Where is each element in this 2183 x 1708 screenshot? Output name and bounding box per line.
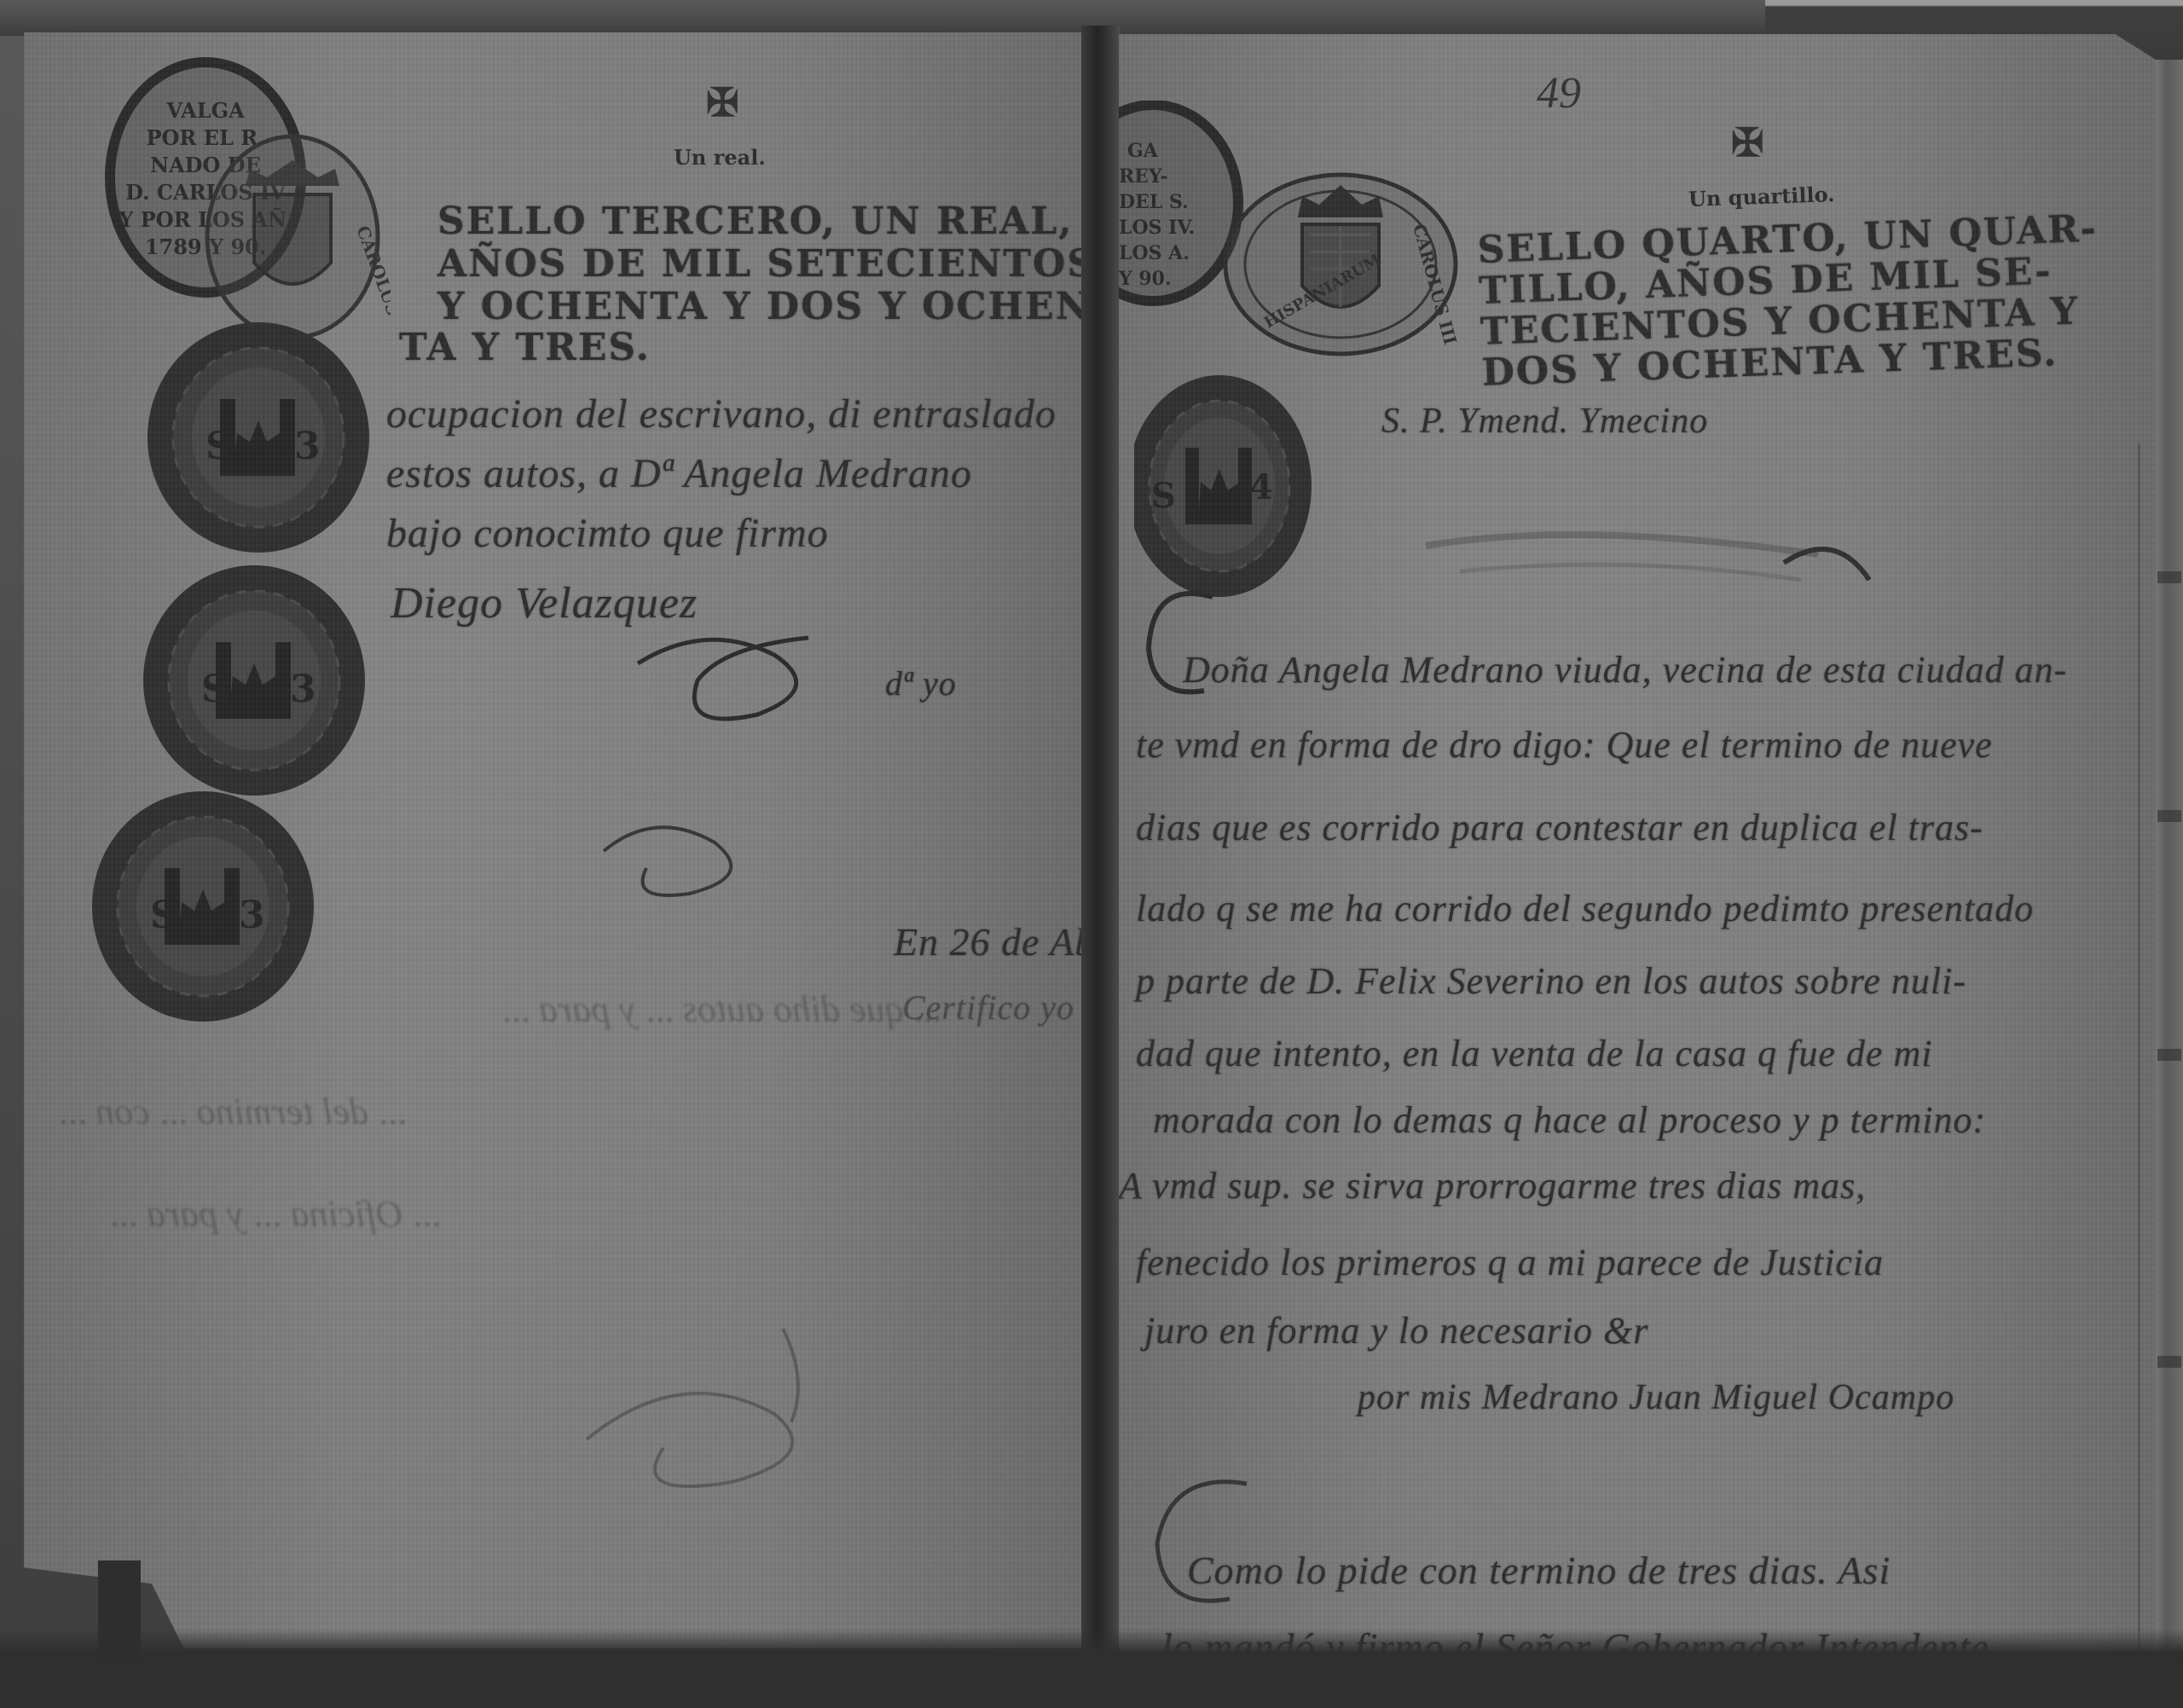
fiscal-seal-icon: S 3 bbox=[139, 314, 378, 561]
svg-text:REY-: REY- bbox=[1119, 165, 1168, 188]
handwritten-line: Certifico yo que ... bbox=[902, 987, 1090, 1028]
fiscal-seal-icon: S 3 bbox=[135, 557, 373, 804]
stamp-denomination: Un real. bbox=[674, 145, 766, 170]
scan-bottom-tab bbox=[98, 1560, 141, 1663]
svg-text:S: S bbox=[1151, 476, 1176, 516]
svg-text:3: 3 bbox=[290, 668, 316, 711]
petition-line: dias que es corrido para contestar en du… bbox=[1136, 806, 1983, 849]
svg-text:4: 4 bbox=[1249, 467, 1273, 507]
petition-line: A vmd sup. se sirva prorrogarme tres dia… bbox=[1119, 1164, 1866, 1207]
fiscal-seal-icon: S 3 bbox=[84, 783, 322, 1030]
book-spine bbox=[1081, 26, 1120, 1697]
petition-line: fenecido los primeros q a mi parece de J… bbox=[1136, 1241, 1884, 1284]
petition-line: morada con lo demas q hace al proceso y … bbox=[1153, 1098, 1986, 1142]
stamp-heading-line: SELLO TERCERO, UN REAL, bbox=[437, 203, 1074, 240]
petition-line: te vmd en forma de dro digo: Que el term… bbox=[1136, 723, 1993, 767]
rubric-flourish-icon bbox=[553, 1329, 843, 1516]
right-page: 49 ✠ Un quartillo. SELLO QUARTO, UN QUAR… bbox=[1119, 34, 2168, 1684]
petition-line: p parte de D. Felix Severino en los auto… bbox=[1136, 959, 1966, 1003]
bleed-through-line: ... que diho autos ... y para ... bbox=[501, 987, 941, 1031]
stamp-attribution: S. P. Ymend. Ymecino bbox=[1381, 401, 1708, 442]
handwritten-line: estos autos, a Dª Angela Medrano bbox=[386, 450, 972, 497]
rubric-flourish-icon bbox=[604, 587, 877, 740]
stamp-denomination: Un quartillo. bbox=[1688, 182, 1835, 211]
stamp-heading-line: Y OCHENTA Y DOS Y OCHEN- bbox=[437, 288, 1090, 326]
signature: por mis Medrano Juan Miguel Ocampo bbox=[1358, 1377, 1954, 1418]
rubric-flourish-icon bbox=[587, 800, 774, 911]
handwritten-line: En 26 de Abril de 1783 bbox=[894, 919, 1090, 964]
svg-text:S: S bbox=[150, 894, 177, 937]
decree-line: Como lo pide con termino de tres dias. A… bbox=[1187, 1548, 1891, 1593]
petition-line: lado q se me ha corrido del segundo pedi… bbox=[1136, 887, 2034, 930]
petition-line: Doña Angela Medrano viuda, vecina de est… bbox=[1183, 648, 2067, 692]
cross-icon: ✠ bbox=[1731, 119, 1764, 165]
royal-arms-seal-icon: CAROLUS III HISPANIARUM bbox=[1217, 166, 1464, 362]
handwritten-line: bajo conocimto que firmo bbox=[386, 510, 829, 557]
scan-bottom-edge bbox=[0, 1629, 2183, 1708]
handwritten-line: ocupacion del escrivano, di entraslado bbox=[386, 391, 1057, 437]
svg-text:GA: GA bbox=[1127, 140, 1159, 162]
stamp-heading: SELLO QUARTO, UN QUAR- TILLO, AÑOS DE MI… bbox=[1477, 211, 2103, 392]
svg-text:VALGA: VALGA bbox=[165, 98, 245, 123]
stamp-heading-line: TA Y TRES. bbox=[399, 329, 651, 367]
svg-text:LOS A.: LOS A. bbox=[1119, 242, 1190, 264]
stamp-heading-line: AÑOS DE MIL SETECIENTOS bbox=[437, 246, 1090, 283]
bleed-through-line: ... Oficina ... y para ... bbox=[109, 1192, 441, 1236]
svg-text:S: S bbox=[206, 425, 233, 468]
svg-text:Y 90.: Y 90. bbox=[1119, 268, 1172, 290]
svg-text:3: 3 bbox=[239, 894, 265, 937]
next-page-edge bbox=[2156, 60, 2183, 1680]
svg-text:LOS IV.: LOS IV. bbox=[1119, 217, 1195, 239]
petition-line: dad que intento, en la venta de la casa … bbox=[1136, 1032, 1932, 1075]
svg-text:DEL S.: DEL S. bbox=[1119, 191, 1189, 213]
folio-number: 49 bbox=[1537, 68, 1581, 119]
petition-line: juro en forma y lo necesario &r bbox=[1144, 1309, 1649, 1352]
left-page: ... que diho autos ... y para ... ... de… bbox=[24, 32, 1090, 1648]
svg-text:3: 3 bbox=[294, 425, 321, 468]
bleed-through-line: ... del termino ... con ... bbox=[58, 1090, 406, 1133]
svg-text:S: S bbox=[201, 668, 229, 711]
rubric-flourish-icon bbox=[1767, 529, 1886, 614]
handwritten-note: dª yo bbox=[885, 663, 957, 703]
fiscal-seal-icon: S 4 bbox=[1134, 371, 1322, 605]
margin-rule bbox=[2138, 443, 2140, 1654]
cross-icon: ✠ bbox=[706, 79, 739, 125]
